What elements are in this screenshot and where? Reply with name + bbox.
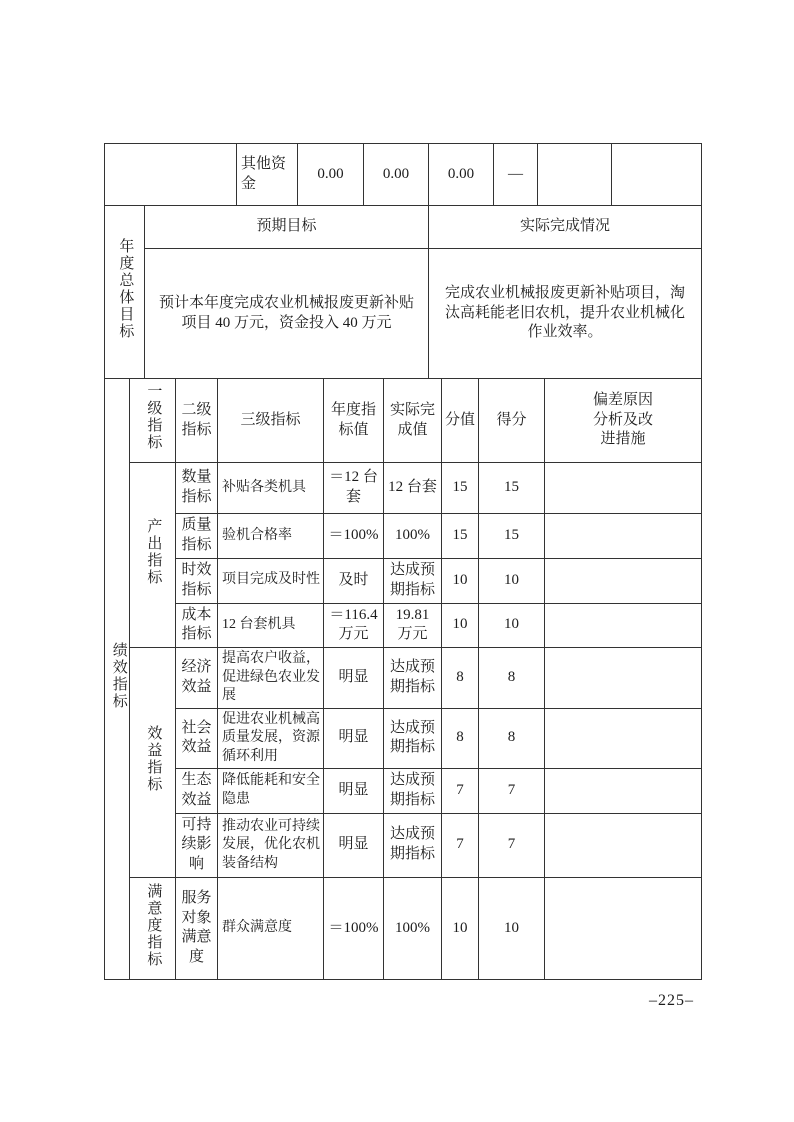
indicator-row: 可持续影响 推动农业可持续发展，优化农机装备结构 明显 达成预期指标 7 7 <box>105 813 702 877</box>
target-cell: ＝116.4 万元 <box>324 603 384 648</box>
score-max-cell: 15 <box>442 463 479 514</box>
level2-header: 二级指标 <box>176 379 218 463</box>
target-cell: ＝100% <box>324 514 384 559</box>
actual-cell: 100% <box>384 877 442 979</box>
score-max-header: 分值 <box>442 379 479 463</box>
actual-cell: 达成预期指标 <box>384 769 442 814</box>
score-max-cell: 10 <box>442 603 479 648</box>
level2-cell: 服务对象满意度 <box>176 877 218 979</box>
level3-cell: 降低能耗和安全隐患 <box>218 769 324 814</box>
expected-goal-header: 预期目标 <box>145 206 429 249</box>
score-max-cell: 8 <box>442 648 479 708</box>
target-cell: 明显 <box>324 813 384 877</box>
table-row: 预计本年度完成农业机械报废更新补贴项目 40 万元，资金投入 40 万元 完成农… <box>105 249 702 379</box>
indicator-row: 质量指标 验机合格率 ＝100% 100% 15 15 <box>105 514 702 559</box>
level2-cell: 时效指标 <box>176 558 218 603</box>
level2-cell: 社会效益 <box>176 708 218 768</box>
indicator-group-output: 产出指标 <box>130 463 176 648</box>
actual-cell: 12 台套 <box>384 463 442 514</box>
score-cell: 7 <box>479 769 545 814</box>
score-cell: 8 <box>479 708 545 768</box>
indicator-row: 满意度指标 服务对象满意度 群众满意度 ＝100% 100% 10 10 <box>105 877 702 979</box>
funding-carryover-table: 其他资金 0.00 0.00 0.00 — <box>104 143 702 206</box>
level2-cell: 经济效益 <box>176 648 218 708</box>
table-row: 其他资金 0.00 0.00 0.00 — <box>105 144 702 206</box>
target-cell: 明显 <box>324 708 384 768</box>
score-cell: 8 <box>479 648 545 708</box>
other-funds-label: 其他资金 <box>237 144 298 206</box>
level2-cell: 数量指标 <box>176 463 218 514</box>
level3-cell: 推动农业可持续发展，优化农机装备结构 <box>218 813 324 877</box>
evaluation-table: 其他资金 0.00 0.00 0.00 — 年度总体目标 预期目标 实际完成情况 <box>104 143 701 980</box>
score-max-cell: 10 <box>442 558 479 603</box>
table-row: 年度总体目标 预期目标 实际完成情况 <box>105 206 702 249</box>
level2-cell: 可持续影响 <box>176 813 218 877</box>
actual-header: 实际完成值 <box>384 379 442 463</box>
indicator-row: 生态效益 降低能耗和安全隐患 明显 达成预期指标 7 7 <box>105 769 702 814</box>
target-cell: 及时 <box>324 558 384 603</box>
level1-header: 一级指标 <box>130 379 176 463</box>
score-max-cell: 7 <box>442 769 479 814</box>
expected-goal-text: 预计本年度完成农业机械报废更新补贴项目 40 万元，资金投入 40 万元 <box>145 249 429 379</box>
indicator-row: 产出指标 数量指标 补贴各类机具 ＝12 台套 12 台套 15 15 <box>105 463 702 514</box>
level2-cell: 成本指标 <box>176 603 218 648</box>
score-cell: 10 <box>479 877 545 979</box>
level3-cell: 促进农业机械高质量发展，资源循环利用 <box>218 708 324 768</box>
score-cell: 15 <box>479 463 545 514</box>
deviation-cell <box>545 708 702 768</box>
performance-indicators-table: 绩效指标 一级指标 二级指标 三级指标 年度指标值 实际完成值 分值 得分 偏差… <box>104 378 702 980</box>
level3-header: 三级指标 <box>218 379 324 463</box>
score-header: 得分 <box>479 379 545 463</box>
deviation-cell <box>545 877 702 979</box>
level2-cell: 质量指标 <box>176 514 218 559</box>
page-number: –225– <box>649 992 694 1010</box>
other-funds-rate: — <box>494 144 538 206</box>
indicator-row: 社会效益 促进农业机械高质量发展，资源循环利用 明显 达成预期指标 8 8 <box>105 708 702 768</box>
deviation-cell <box>545 648 702 708</box>
score-max-cell: 15 <box>442 514 479 559</box>
deviation-cell <box>545 769 702 814</box>
table-row: 绩效指标 一级指标 二级指标 三级指标 年度指标值 实际完成值 分值 得分 偏差… <box>105 379 702 463</box>
annual-goal-row-header-text: 年度总体目标 <box>115 238 135 340</box>
level3-cell: 验机合格率 <box>218 514 324 559</box>
deviation-cell <box>545 463 702 514</box>
score-cell: 7 <box>479 813 545 877</box>
other-funds-actual: 0.00 <box>429 144 494 206</box>
target-cell: ＝100% <box>324 877 384 979</box>
carryover-empty-cell <box>612 144 702 206</box>
performance-section-header: 绩效指标 <box>105 379 130 980</box>
indicator-row: 时效指标 项目完成及时性 及时 达成预期指标 10 10 <box>105 558 702 603</box>
score-cell: 10 <box>479 603 545 648</box>
indicator-group-satisfaction-text: 满意度指标 <box>143 883 163 968</box>
score-max-cell: 10 <box>442 877 479 979</box>
deviation-cell <box>545 603 702 648</box>
target-header: 年度指标值 <box>324 379 384 463</box>
target-cell: ＝12 台套 <box>324 463 384 514</box>
actual-cell: 100% <box>384 514 442 559</box>
other-funds-budget: 0.00 <box>298 144 364 206</box>
deviation-cell <box>545 514 702 559</box>
actual-completion-text: 完成农业机械报废更新补贴项目，淘汰高耗能老旧农机，提升农业机械化作业效率。 <box>429 249 702 379</box>
score-cell: 15 <box>479 514 545 559</box>
level3-cell: 项目完成及时性 <box>218 558 324 603</box>
actual-cell: 达成预期指标 <box>384 708 442 768</box>
level3-cell: 12 台套机具 <box>218 603 324 648</box>
other-funds-adjusted: 0.00 <box>364 144 429 206</box>
score-cell: 10 <box>479 558 545 603</box>
indicator-group-output-text: 产出指标 <box>143 518 163 586</box>
level1-header-text: 一级指标 <box>143 383 163 451</box>
indicator-row: 成本指标 12 台套机具 ＝116.4 万元 19.81 万元 10 10 <box>105 603 702 648</box>
actual-completion-header: 实际完成情况 <box>429 206 702 249</box>
annual-goal-row-header: 年度总体目标 <box>105 206 145 379</box>
level2-cell: 生态效益 <box>176 769 218 814</box>
indicator-group-satisfaction: 满意度指标 <box>130 877 176 979</box>
deviation-cell <box>545 558 702 603</box>
deviation-header: 偏差原因分析及改进措施 <box>545 379 702 463</box>
annual-goal-table: 年度总体目标 预期目标 实际完成情况 预计本年度完成农业机械报废更新补贴项目 4… <box>104 205 702 379</box>
score-max-cell: 7 <box>442 813 479 877</box>
level3-cell: 群众满意度 <box>218 877 324 979</box>
indicator-row: 效益指标 经济效益 提高农户收益，促进绿色农业发展 明显 达成预期指标 8 8 <box>105 648 702 708</box>
level3-cell: 补贴各类机具 <box>218 463 324 514</box>
actual-cell: 达成预期指标 <box>384 558 442 603</box>
indicator-group-benefit: 效益指标 <box>130 648 176 878</box>
deviation-header-text: 偏差原因分析及改进措施 <box>592 391 655 450</box>
level3-cell: 提高农户收益，促进绿色农业发展 <box>218 648 324 708</box>
score-max-cell: 8 <box>442 708 479 768</box>
actual-cell: 达成预期指标 <box>384 813 442 877</box>
deviation-cell <box>545 813 702 877</box>
target-cell: 明显 <box>324 648 384 708</box>
actual-cell: 19.81 万元 <box>384 603 442 648</box>
performance-section-header-text: 绩效指标 <box>108 642 128 710</box>
carryover-empty-cell <box>538 144 612 206</box>
document-page: 其他资金 0.00 0.00 0.00 — 年度总体目标 预期目标 实际完成情况 <box>0 0 794 1122</box>
carryover-empty-cell <box>105 144 237 206</box>
target-cell: 明显 <box>324 769 384 814</box>
actual-cell: 达成预期指标 <box>384 648 442 708</box>
indicator-group-benefit-text: 效益指标 <box>143 725 163 793</box>
